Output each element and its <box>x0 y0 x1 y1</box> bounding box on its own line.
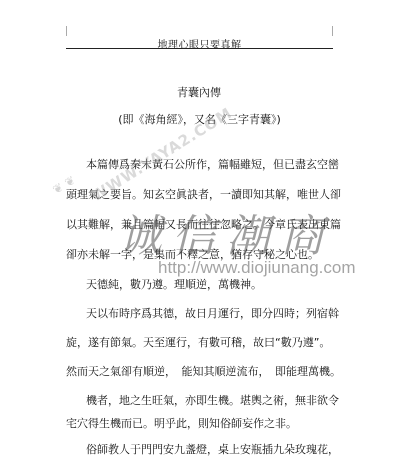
document-page: 地理心眼只要真解 青囊內傳 (即《海角經》，又名《三字青囊》) 本篇傳爲秦末黃石… <box>0 0 398 467</box>
section-title: 青囊內傳 <box>0 84 398 100</box>
crop-mark-left <box>66 26 67 36</box>
text-line: 然而天之氣卻有順逆， 能知其順逆流布， 即能理萬機。 <box>66 363 341 379</box>
text-line: 機者，地之生旺氣，亦即生機。堪輿之術，無非欲令 <box>86 392 339 408</box>
text-line: 天以布時序爲其德，故日月運行，即分四時；列宿斡 <box>86 305 339 321</box>
text-line: 俗師教人于門門安九盞燈，桌上安瓶插九朵玫瑰花， <box>86 441 339 457</box>
text-line: 宅穴得生機而已。明乎此，則知俗師妄作之非。 <box>66 415 297 431</box>
watermark-calligraphy: 诚信潮商 <box>118 200 334 264</box>
text-line: 天德純，數乃遵。理順逆，萬機神。 <box>86 276 262 292</box>
text-line: 旋，遂有節氣。天至運行，有數可稽，故曰“數乃遵”。 <box>66 334 330 350</box>
watermark-url: http://www.diojiunang.com <box>158 258 356 278</box>
crop-mark-right <box>332 26 333 36</box>
header-rule <box>66 48 333 49</box>
